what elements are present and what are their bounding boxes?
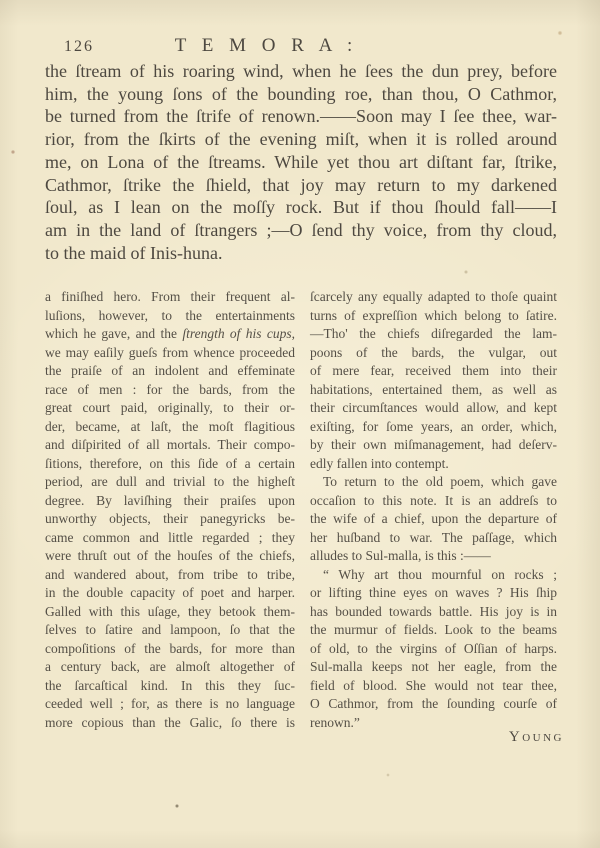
text-line: occaſion to this note. It is an addreſs … [310, 492, 557, 511]
text-line: to the maid of Inis-huna. [45, 242, 557, 265]
text-line: rior, from the ſkirts of the evening miſ… [45, 128, 557, 151]
text-line: —Tho' the chiefs diſregarded the lam- [310, 325, 557, 344]
text-line: has bounded towards battle. His joy is i… [310, 603, 557, 622]
text-line: alludes to Sul-malla, is this :—— [310, 547, 557, 566]
text-line: by their own miſmanagement, had deſerv- [310, 436, 557, 455]
text-line: luſions, however, to the entertainments [45, 307, 295, 326]
catchword: Young [509, 729, 564, 746]
text-line: or lifting thine eyes on waves ? His ſhi… [310, 584, 557, 603]
text-line: “ Why art thou mournful on rocks ; [310, 566, 557, 585]
text-line: him, the young ſons of the bounding roe,… [45, 83, 557, 106]
text-line: Cathmor, ſtrike the ſhield, that joy may… [45, 174, 557, 197]
text-line: more copious than the Galic, ſo there is [45, 714, 295, 733]
text-line: compoſitions of the bards, for more than [45, 640, 295, 659]
text-line: the praiſe of an indolent and effeminate [45, 362, 295, 381]
page-title: T E M O R A : [40, 35, 490, 57]
text-line: exiſting, for ſome years, an order, whic… [310, 418, 557, 437]
main-paragraph: the ſtream of his roaring wind, when he … [45, 60, 557, 264]
text-line: a century back, are almoſt altogether of [45, 658, 295, 677]
text-line: and diſpirited of all mortals. Their com… [45, 436, 295, 455]
text-line: am in the land of ſtrangers ;—O ſend thy… [45, 219, 557, 242]
footnote-right-column: ſcarcely any equally adapted to thoſe qu… [310, 288, 557, 732]
text-line: poons of the bards, the vulgar, out [310, 344, 557, 363]
text-line: we may eaſily gueſs from whence proceede… [45, 344, 295, 363]
text-line: and wandered about, from tribe to tribe, [45, 566, 295, 585]
footnote-section: a finiſhed hero. From their frequent al-… [45, 288, 557, 732]
text-line: race of men : for the bards, from the [45, 381, 295, 400]
text-line: which he gave, and the ſtrength of his c… [45, 325, 295, 344]
text-line: habitations, entertained them, as well a… [310, 381, 557, 400]
text-line: Sul-malla keeps not her eagle, from the [310, 658, 557, 677]
text-line: O Cathmor, from the ſounding courſe of [310, 695, 557, 714]
text-line: unworthy objects, their panegyricks be- [45, 510, 295, 529]
text-line: her huſband to war. The paſſage, which [310, 529, 557, 548]
text-line: the ſarcaſtical kind. In this they ſuc- [45, 677, 295, 696]
footnote-left-column: a finiſhed hero. From their frequent al-… [45, 288, 295, 732]
text-line: edly fallen into contempt. [310, 455, 557, 474]
text-line: the murmur of fields. Look to the beams [310, 621, 557, 640]
text-line: turns of expreſſion which belong to ſati… [310, 307, 557, 326]
text-line: To return to the old poem, which gave [310, 473, 557, 492]
text-line: Galled with this uſage, they betook them… [45, 603, 295, 622]
text-line: der, became, at laſt, the moſt flagitiou… [45, 418, 295, 437]
book-page: 126 T E M O R A : the ſtream of his roar… [0, 0, 600, 848]
text-line: ſelves to ſatire and lampoon, ſo that th… [45, 621, 295, 640]
text-line: ſcarcely any equally adapted to thoſe qu… [310, 288, 557, 307]
text-line: in the double capacity of poet and harpe… [45, 584, 295, 603]
text-line: great court paid, originally, to their o… [45, 399, 295, 418]
text-line: of mere fear, received them into their [310, 362, 557, 381]
text-line: the wife of a chief, upon the departure … [310, 510, 557, 529]
text-line: a finiſhed hero. From their frequent al- [45, 288, 295, 307]
text-line: their circumſtances would allow, and kep… [310, 399, 557, 418]
text-line: me, on Lona of the ſtreams. While yet th… [45, 151, 557, 174]
text-line: were thruſt out of the houſes of the chi… [45, 547, 295, 566]
text-line: ſoul, as I lean on the moſſy rock. But i… [45, 196, 557, 219]
text-line: degree. By laviſhing their praiſes upon [45, 492, 295, 511]
text-line: came common and little regarded ; they [45, 529, 295, 548]
text-line: be turned from the ſtrife of renown.——So… [45, 105, 557, 128]
text-line: period, are dull and trivial to the high… [45, 473, 295, 492]
text-line: ſitions, therefore, on this ſide of a ce… [45, 455, 295, 474]
text-line: of old, to the virgins of Oſſian of harp… [310, 640, 557, 659]
text-line: the ſtream of his roaring wind, when he … [45, 60, 557, 83]
text-line: ceeded well ; for, as there is no langua… [45, 695, 295, 714]
text-line: field of blood. She would not tear thee, [310, 677, 557, 696]
